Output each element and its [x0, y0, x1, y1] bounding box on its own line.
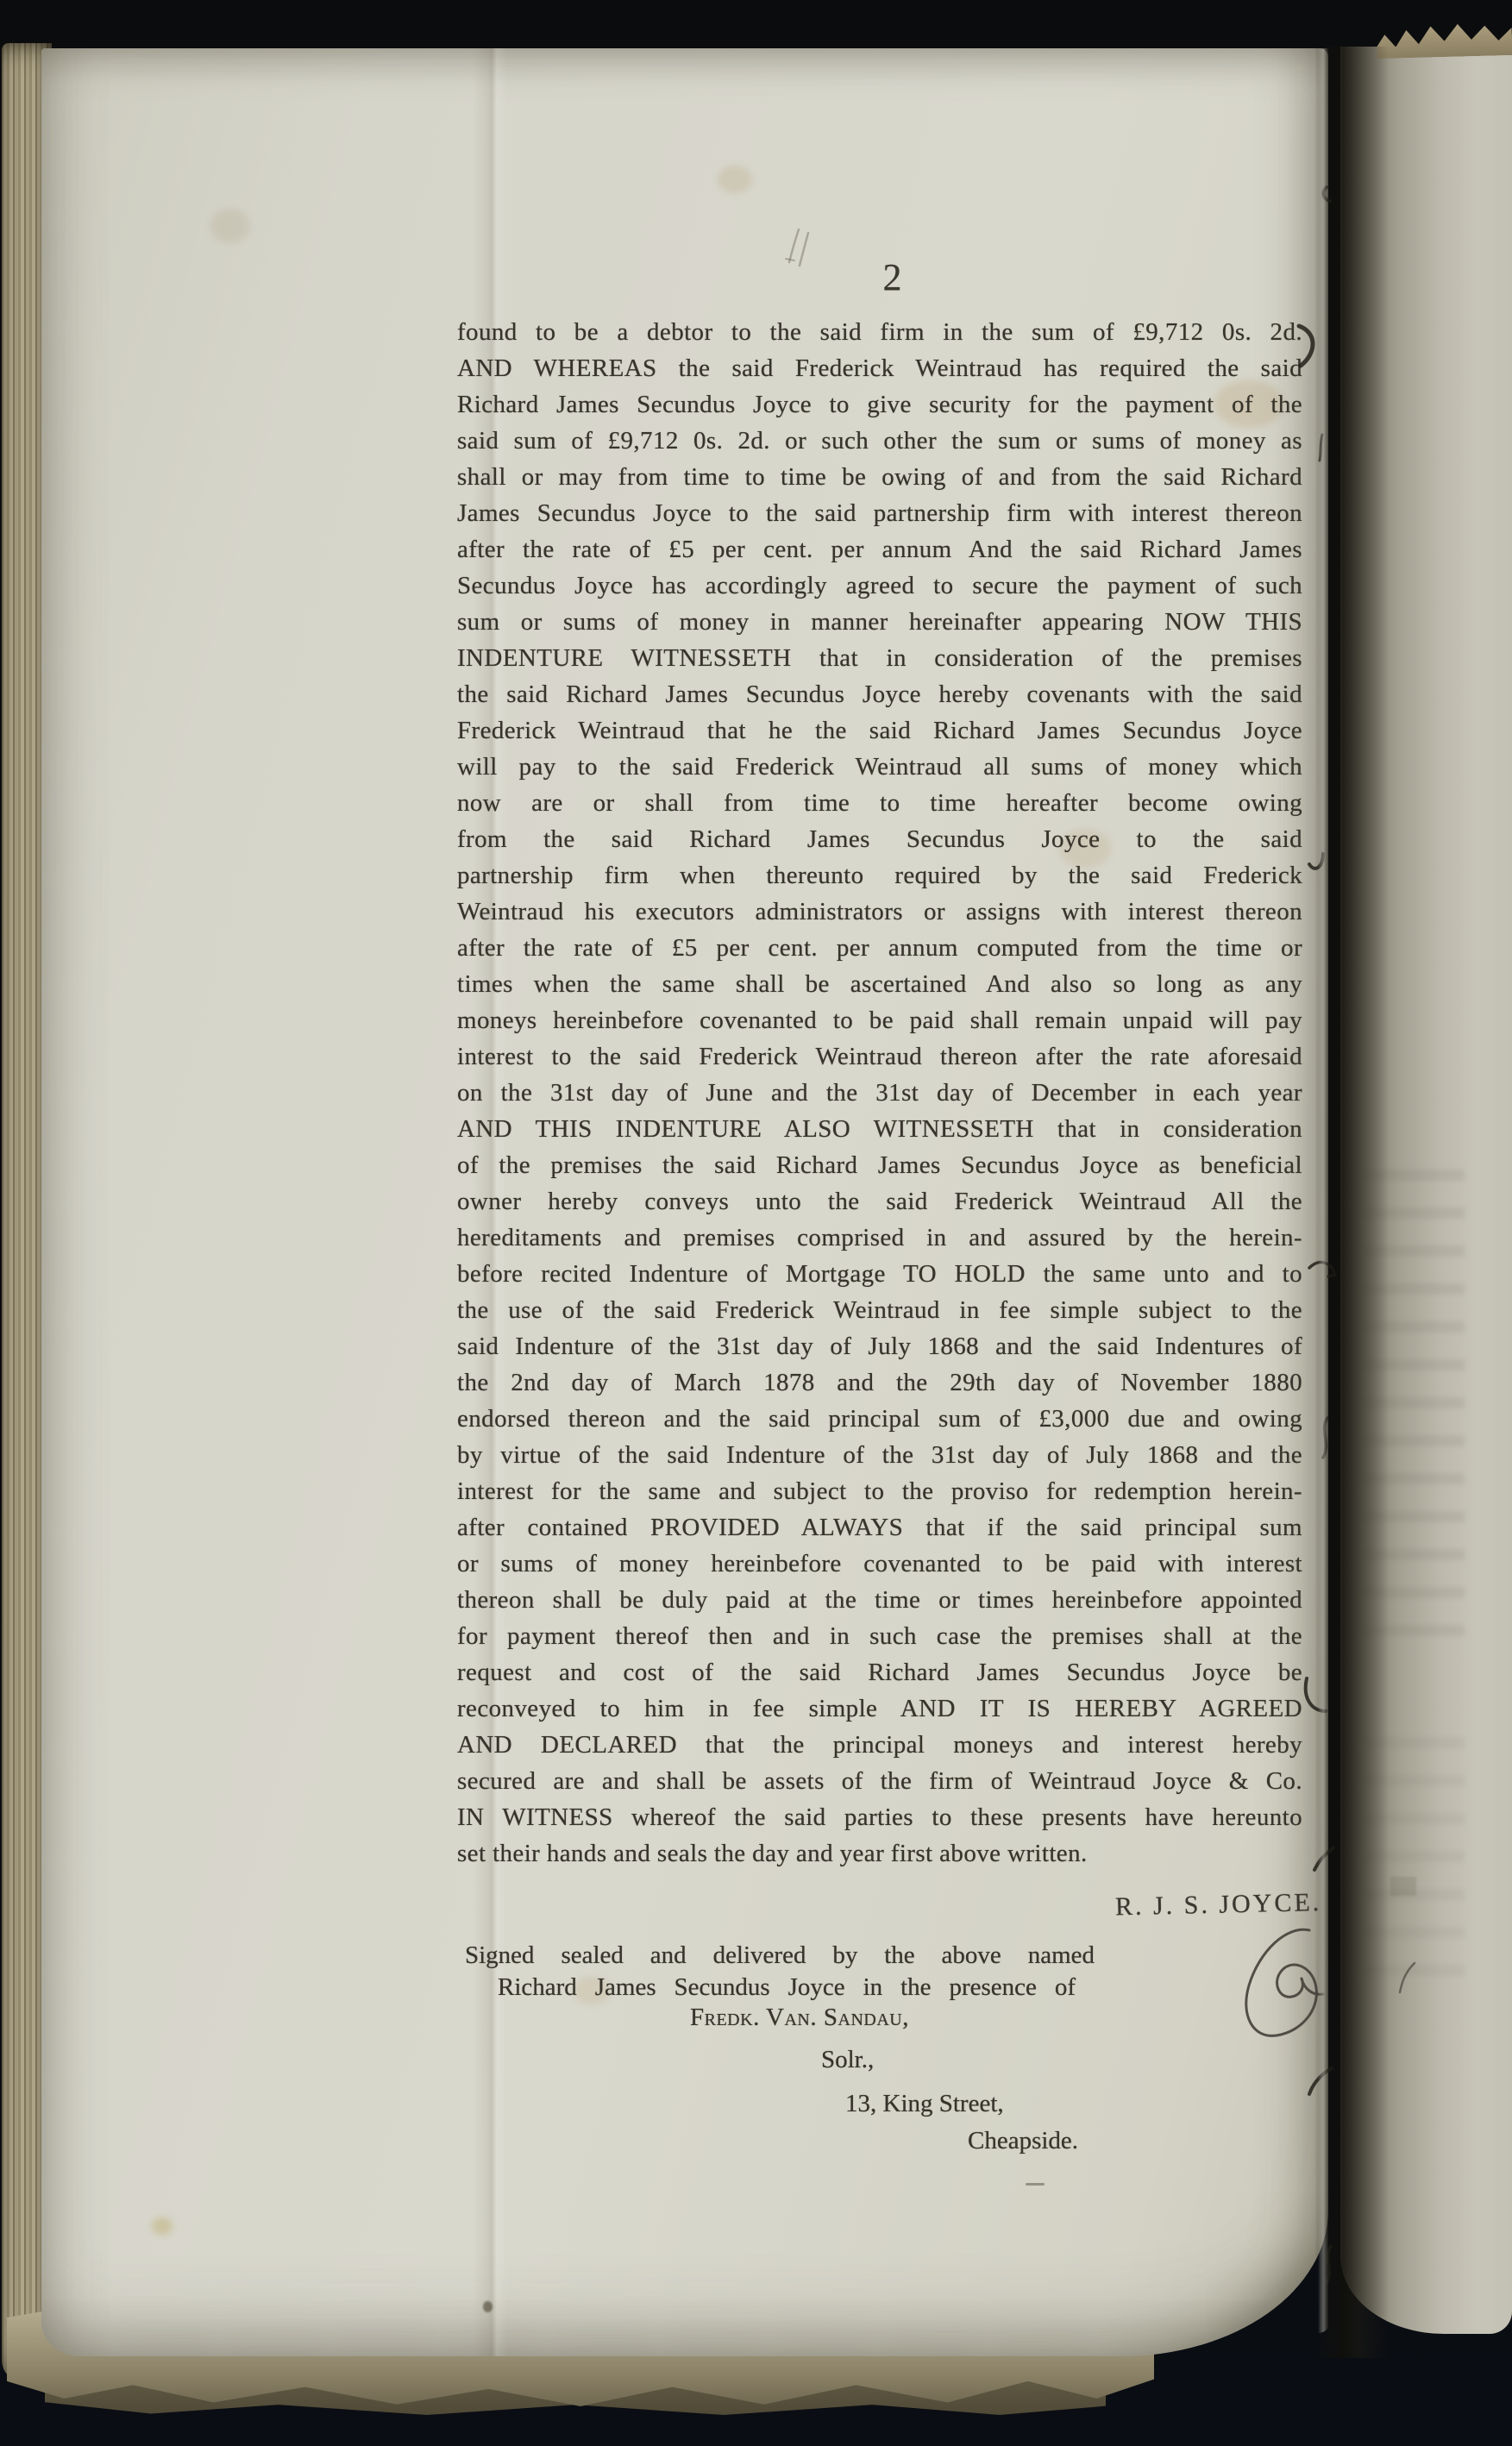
body-text-line: by virtue of the said Indenture of the 3…: [457, 1437, 1302, 1473]
paper-stain: [483, 2301, 492, 2312]
ink-blot: [1318, 1416, 1332, 1459]
body-text-line: Richard James Secundus Joyce to give sec…: [457, 386, 1302, 423]
body-text-line: will pay to the said Frederick Weintraud…: [457, 749, 1302, 785]
ink-blot: [1320, 2244, 1337, 2284]
ink-blot: [1294, 323, 1320, 369]
body-text-line: Secundus Joyce has accordingly agreed to…: [457, 568, 1302, 604]
body-text-line: INDENTURE WITNESSETH that in considerati…: [457, 640, 1302, 676]
body-text-line: interest to the said Frederick Weintraud…: [457, 1038, 1302, 1075]
show-through-text: [1363, 1170, 1465, 1653]
witness-title: Solr.,: [821, 2045, 874, 2075]
attestation-line-1: Signed sealed and delivered by the above…: [465, 1941, 1095, 1971]
ink-blot: [1320, 185, 1333, 204]
body-text-line: times when the same shall be ascertained…: [457, 966, 1302, 1002]
body-text-line: or sums of money hereinbefore covenanted…: [457, 1546, 1302, 1582]
body-text-line: moneys hereinbefore covenanted to be pai…: [457, 1002, 1302, 1038]
body-text-line: of the premises the said Richard James S…: [457, 1147, 1302, 1183]
ink-blot: [1316, 433, 1327, 462]
ink-blot: [1311, 1844, 1335, 1875]
facing-page: [1340, 47, 1512, 2334]
book-scan: 2 found to be a debtor to the said firm …: [0, 0, 1512, 2446]
body-text-line: now are or shall from time to time herea…: [457, 785, 1302, 821]
body-text-line: request and cost of the said Richard Jam…: [457, 1654, 1302, 1690]
body-text-line: endorsed thereon and the said principal …: [457, 1401, 1302, 1437]
body-text-line: sum or sums of money in manner hereinaft…: [457, 604, 1302, 640]
witness-name: Fredk. Van. Sandau,: [690, 2003, 909, 2033]
ink-blot: [1306, 847, 1327, 876]
ink-blot: [1308, 1249, 1337, 1283]
body-text-line: thereon shall be duly paid at the time o…: [457, 1582, 1302, 1618]
body-text-line: IN WITNESS whereof the said parties to t…: [457, 1799, 1302, 1835]
body-text-line: shall or may from time to time be owing …: [457, 459, 1302, 495]
document-page: 2 found to be a debtor to the said firm …: [41, 48, 1328, 2356]
body-text-line: set their hands and seals the day and ye…: [457, 1835, 1302, 1872]
body-text-line: the 2nd day of March 1878 and the 29th d…: [457, 1364, 1302, 1401]
body-text-line: owner hereby conveys unto the said Frede…: [457, 1183, 1302, 1220]
body-text-line: found to be a debtor to the said firm in…: [457, 314, 1302, 350]
body-text-line: after contained PROVIDED ALWAYS that if …: [457, 1509, 1302, 1546]
show-through-text: [1363, 1737, 1465, 1996]
body-text-line: AND DECLARED that the principal moneys a…: [457, 1727, 1302, 1763]
body-text-line: partnership firm when thereunto required…: [457, 857, 1302, 894]
body-text-line: secured are and shall be assets of the f…: [457, 1763, 1302, 1799]
body-text-line: reconveyed to him in fee simple AND IT I…: [457, 1690, 1302, 1727]
body-text-line: AND WHEREAS the said Frederick Weintraud…: [457, 350, 1302, 386]
document-body-text: found to be a debtor to the said firm in…: [457, 314, 1302, 1872]
body-text-line: after the rate of £5 per cent. per annum…: [457, 531, 1302, 568]
witness-address-line-1: 13, King Street,: [845, 2089, 1004, 2119]
ink-mark: [1396, 1960, 1418, 1994]
body-text-line: the said Richard James Secundus Joyce he…: [457, 676, 1302, 712]
body-text-line: Weintraud his executors administrators o…: [457, 894, 1302, 930]
faint-stamp-mark: [1390, 1877, 1416, 1896]
body-text-line: interest for the same and subject to the…: [457, 1473, 1302, 1509]
body-text-line: AND THIS INDENTURE ALSO WITNESSETH that …: [457, 1111, 1302, 1147]
paper-stain: [718, 166, 752, 193]
paper-stain: [152, 2217, 173, 2235]
body-text-line: after the rate of £5 per cent. per annum…: [457, 930, 1302, 966]
book-headband: [1376, 16, 1512, 59]
body-text-line: hereditaments and premises comprised in …: [457, 1220, 1302, 1256]
attestation-line-2: Richard James Secundus Joyce in the pres…: [498, 1972, 1076, 2003]
ink-blot: [1301, 1675, 1328, 1715]
body-text-line: Frederick Weintraud that he the said Ric…: [457, 712, 1302, 749]
body-text-line: said Indenture of the 31st day of July 1…: [457, 1328, 1302, 1364]
body-text-line: said sum of £9,712 0s. 2d. or such other…: [457, 423, 1302, 459]
body-text-line: for payment thereof then and in such cas…: [457, 1618, 1302, 1654]
signatory-name: R. J. S. JOYCE.: [1114, 1888, 1321, 1922]
body-text-line: James Secundus Joyce to the said partner…: [457, 495, 1302, 531]
ink-blot: [1306, 2063, 1333, 2099]
witness-address-line-2: Cheapside.: [968, 2126, 1078, 2156]
body-text-line: from the said Richard James Secundus Joy…: [457, 821, 1302, 857]
handwritten-flourish: [1230, 1923, 1342, 2079]
underline-mark: [1026, 2183, 1045, 2186]
body-text-line: before recited Indenture of Mortgage TO …: [457, 1256, 1302, 1292]
body-text-line: the use of the said Frederick Weintraud …: [457, 1292, 1302, 1328]
body-text-line: on the 31st day of June and the 31st day…: [457, 1075, 1302, 1111]
page-number: 2: [457, 255, 1328, 299]
paper-stain: [210, 209, 250, 243]
